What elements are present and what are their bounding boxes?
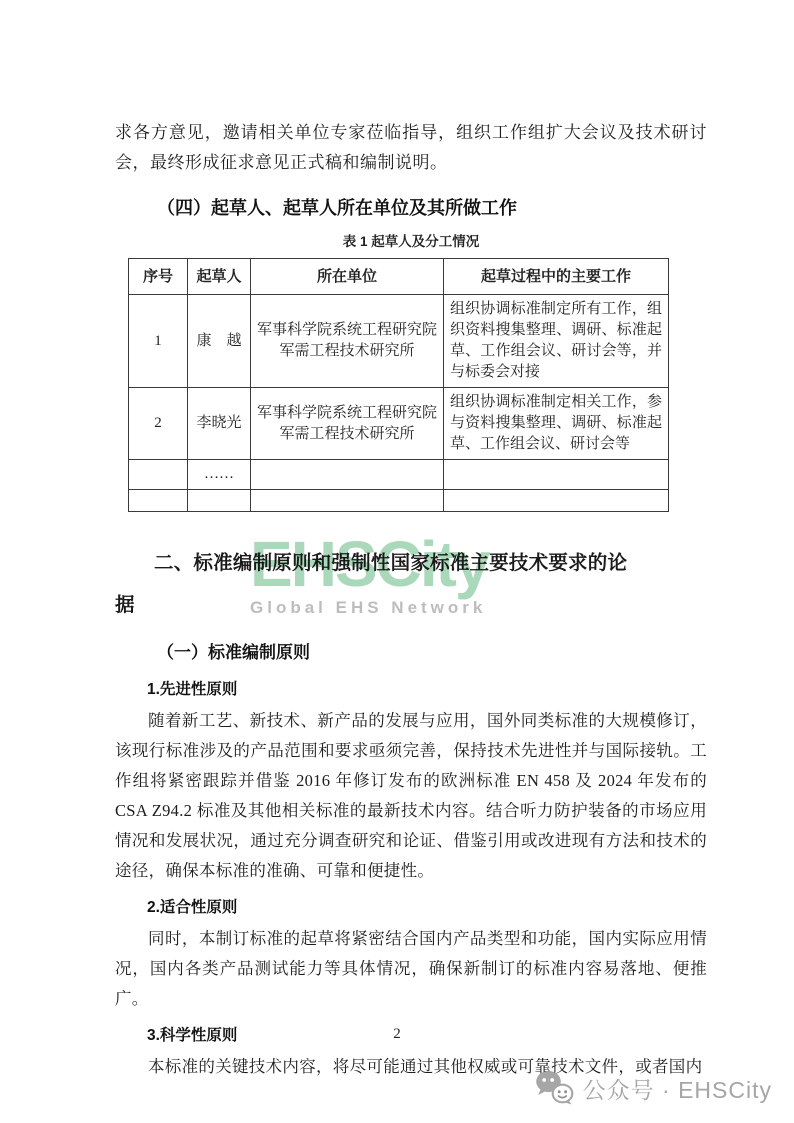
cell-drafter: 康 越 bbox=[188, 295, 251, 388]
footer-brand: 公众号 · EHSCity bbox=[535, 1070, 772, 1106]
col-header-main-work: 起草过程中的主要工作 bbox=[444, 259, 669, 295]
cell-main-work: 组织协调标准制定所有工作，组织资料搜集整理、调研、标准起草、工作组会议、研讨会等… bbox=[444, 295, 669, 388]
table-row: …… bbox=[129, 460, 669, 490]
cell-organization bbox=[251, 460, 444, 490]
section-2-heading: 二、标准编制原则和强制性国家标准主要技术要求的论据 bbox=[115, 542, 627, 626]
cell-organization: 军事科学院系统工程研究院军需工程技术研究所 bbox=[251, 295, 444, 388]
intro-paragraph: 求各方意见，邀请相关单位专家莅临指导，组织工作组扩大会议及技术研讨会，最终形成征… bbox=[115, 118, 707, 178]
cell-main-work bbox=[444, 490, 669, 512]
cell-drafter: 李晓光 bbox=[188, 388, 251, 460]
drafters-table: 序号 起草人 所在单位 起草过程中的主要工作 1 康 越 军事科学院系统工程研究… bbox=[128, 258, 669, 512]
principle-1-title: 1.先进性原则 bbox=[115, 678, 707, 702]
table-caption: 表 1 起草人及分工情况 bbox=[115, 232, 707, 252]
cell-number bbox=[129, 490, 188, 512]
table-row: 2 李晓光 军事科学院系统工程研究院军需工程技术研究所 组织协调标准制定相关工作… bbox=[129, 388, 669, 460]
principle-2-body: 同时，本制订标准的起草将紧密结合国内产品类型和功能，国内实际应用情况，国内各类产… bbox=[115, 924, 707, 1014]
principle-1-body: 随着新工艺、新技术、新产品的发展与应用，国外同类标准的大规模修订，该现行标准涉及… bbox=[115, 706, 707, 886]
footer-brand-text: 公众号 · EHSCity bbox=[583, 1072, 772, 1105]
cell-number: 2 bbox=[129, 388, 188, 460]
cell-number bbox=[129, 460, 188, 490]
subsection-1-heading: （一）标准编制原则 bbox=[115, 638, 707, 668]
section-4-heading: （四）起草人、起草人所在单位及其所做工作 bbox=[115, 194, 707, 222]
table-header-row: 序号 起草人 所在单位 起草过程中的主要工作 bbox=[129, 259, 669, 295]
document-page: EHSCity Global EHS Network 求各方意见，邀请相关单位专… bbox=[0, 0, 794, 1123]
table-row: 1 康 越 军事科学院系统工程研究院军需工程技术研究所 组织协调标准制定所有工作… bbox=[129, 295, 669, 388]
cell-main-work: 组织协调标准制定相关工作，参与资料搜集整理、调研、标准起草、工作组会议、研讨会等 bbox=[444, 388, 669, 460]
cell-organization: 军事科学院系统工程研究院军需工程技术研究所 bbox=[251, 388, 444, 460]
col-header-organization: 所在单位 bbox=[251, 259, 444, 295]
cell-drafter bbox=[188, 490, 251, 512]
col-header-drafter: 起草人 bbox=[188, 259, 251, 295]
cell-drafter: …… bbox=[188, 460, 251, 490]
wechat-official-account-icon bbox=[535, 1070, 575, 1106]
principle-2-title: 2.适合性原则 bbox=[115, 896, 707, 920]
cell-organization bbox=[251, 490, 444, 512]
page-number: 2 bbox=[0, 1026, 794, 1043]
col-header-number: 序号 bbox=[129, 259, 188, 295]
cell-main-work bbox=[444, 460, 669, 490]
cell-number: 1 bbox=[129, 295, 188, 388]
document-content: 求各方意见，邀请相关单位专家莅临指导，组织工作组扩大会议及技术研讨会，最终形成征… bbox=[115, 118, 707, 1082]
table-row bbox=[129, 490, 669, 512]
